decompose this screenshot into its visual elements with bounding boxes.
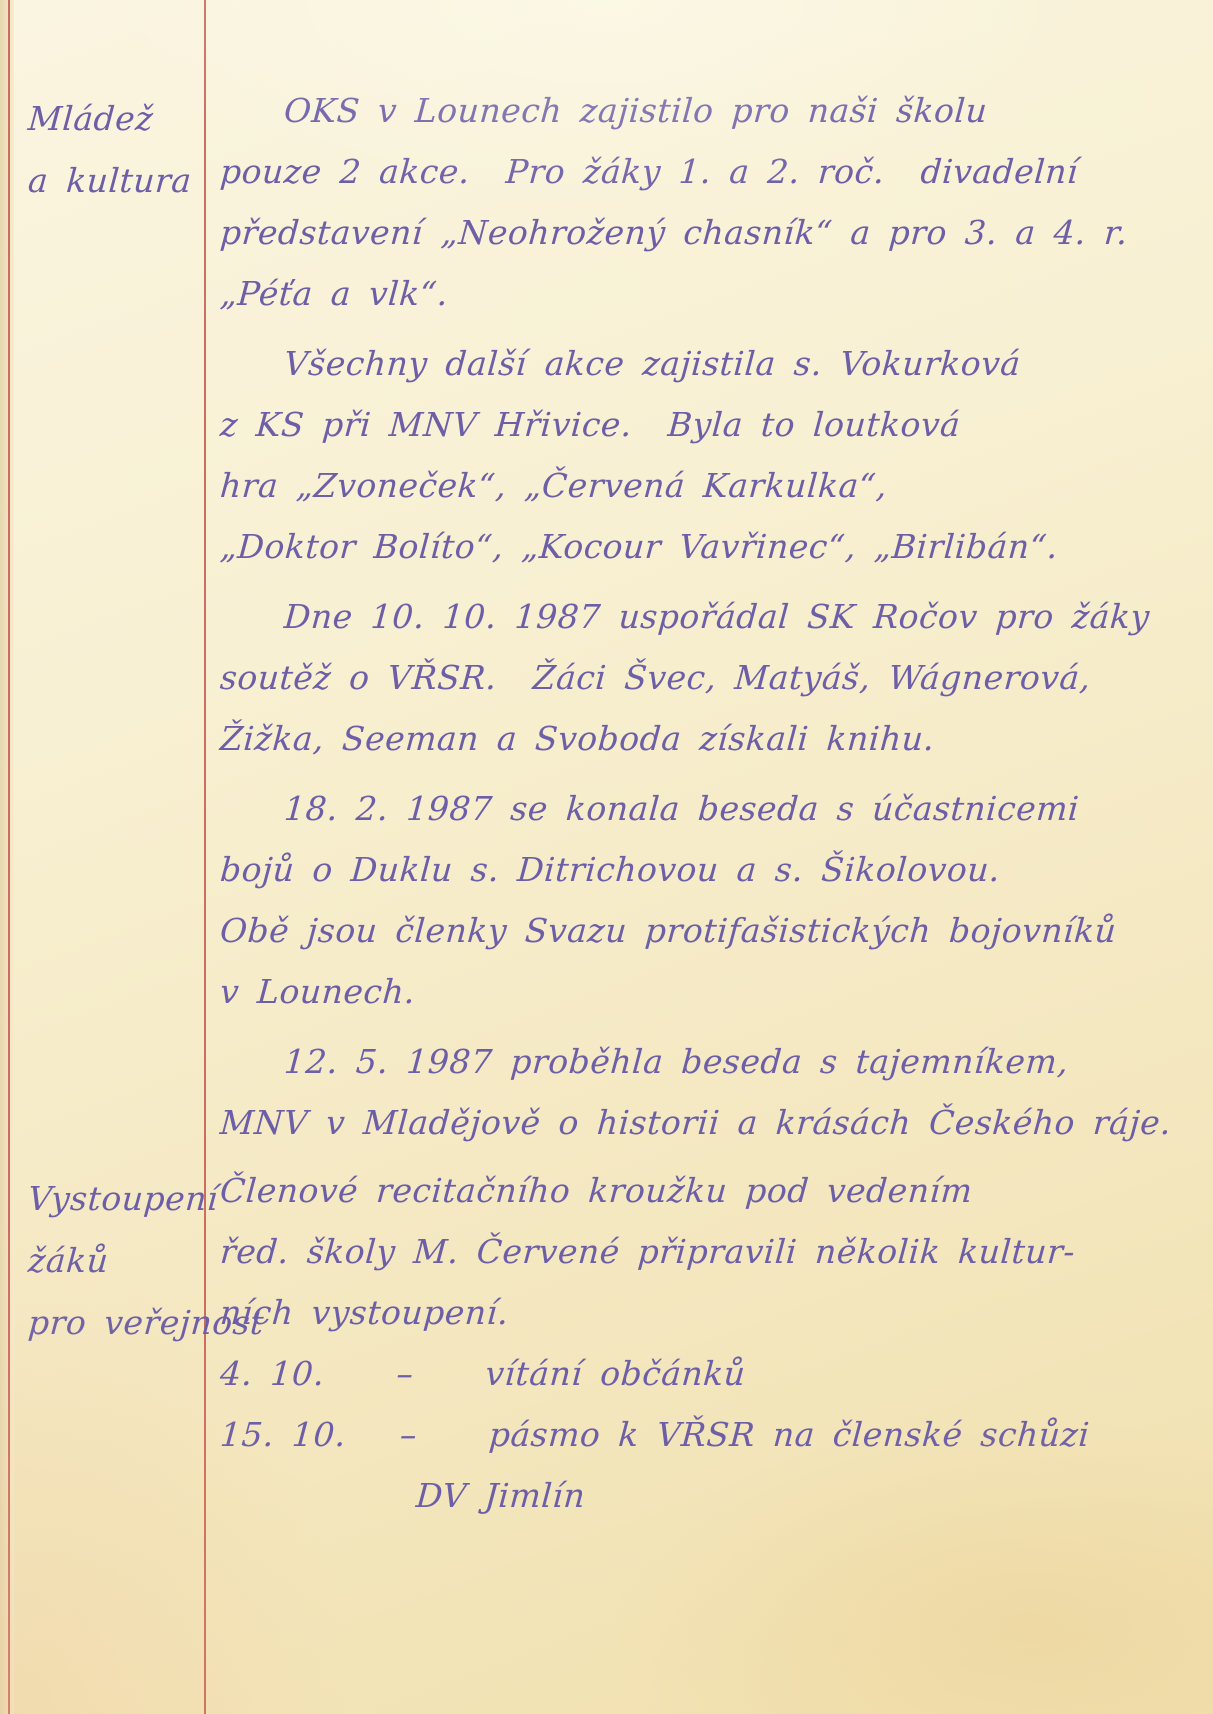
handwritten-line: pouze 2 akce. Pro žáky 1. a 2. roč. diva… <box>218 141 1211 202</box>
margin-heading-vystoupeni-zaku: Vystoupení žáků pro veřejnost <box>26 1168 198 1354</box>
handwritten-line: Členové recitačního kroužku pod vedením <box>218 1160 1211 1221</box>
handwritten-line: 12. 5. 1987 proběhla beseda s tajemníkem… <box>218 1031 1211 1092</box>
handwritten-line: Žižka, Seeman a Svoboda získali knihu. <box>218 708 1211 769</box>
handwritten-line: 18. 2. 1987 se konala beseda s účastnice… <box>218 778 1211 839</box>
body-section-mladez-a-kultura: OKS v Lounech zajistilo pro naši školu p… <box>218 80 1207 1153</box>
handwritten-line: Dne 10. 10. 1987 uspořádal SK Ročov pro … <box>218 586 1211 647</box>
left-edge-rule <box>8 0 10 1714</box>
handwritten-line: představení „Neohrožený chasník“ a pro 3… <box>218 202 1211 263</box>
margin-note-line: žáků <box>26 1230 202 1292</box>
handwritten-line: 4. 10. – vítání občánků <box>218 1343 1211 1404</box>
handwritten-line: hra „Zvoneček“, „Červená Karkulka“, <box>218 455 1211 516</box>
handwritten-line: z KS při MNV Hřivice. Byla to loutková <box>218 394 1211 455</box>
margin-note-line: a kultura <box>26 150 202 212</box>
handwritten-line: Obě jsou členky Svazu protifašistických … <box>218 900 1211 961</box>
handwritten-line: „Doktor Bolíto“, „Kocour Vavřinec“, „Bir… <box>218 516 1211 577</box>
margin-heading-mladez-a-kultura: Mládež a kultura <box>26 88 198 212</box>
margin-note-line: Mládež <box>26 88 202 150</box>
margin-divider-rule <box>204 0 206 1714</box>
handwritten-line: „Péťa a vlk“. <box>218 263 1211 324</box>
body-section-vystoupeni-zaku: Členové recitačního kroužku pod vedením … <box>218 1160 1207 1526</box>
handwritten-line: bojů o Duklu s. Ditrichovou a s. Šikolov… <box>218 839 1211 900</box>
page-left-edge <box>0 0 14 1714</box>
handwritten-line: 15. 10. – pásmo k VŘSR na členské schůzi <box>218 1404 1211 1465</box>
handwritten-line: řed. školy M. Červené připravili několik… <box>218 1221 1211 1282</box>
handwritten-line: DV Jimlín <box>218 1465 1211 1526</box>
margin-note-line: pro veřejnost <box>26 1292 202 1354</box>
handwritten-line: v Lounech. <box>218 961 1211 1022</box>
handwritten-line: ních vystoupení. <box>218 1282 1211 1343</box>
handwritten-line: soutěž o VŘSR. Žáci Švec, Matyáš, Wágner… <box>218 647 1211 708</box>
handwritten-line: MNV v Mladějově o historii a krásách Čes… <box>218 1092 1211 1153</box>
handwritten-line: Všechny další akce zajistila s. Vokurkov… <box>218 333 1211 394</box>
margin-note-line: Vystoupení <box>26 1168 202 1230</box>
chronicle-page: Mládež a kultura OKS v Lounech zajistilo… <box>0 0 1213 1714</box>
handwritten-line: OKS v Lounech zajistilo pro naši školu <box>218 80 1211 141</box>
